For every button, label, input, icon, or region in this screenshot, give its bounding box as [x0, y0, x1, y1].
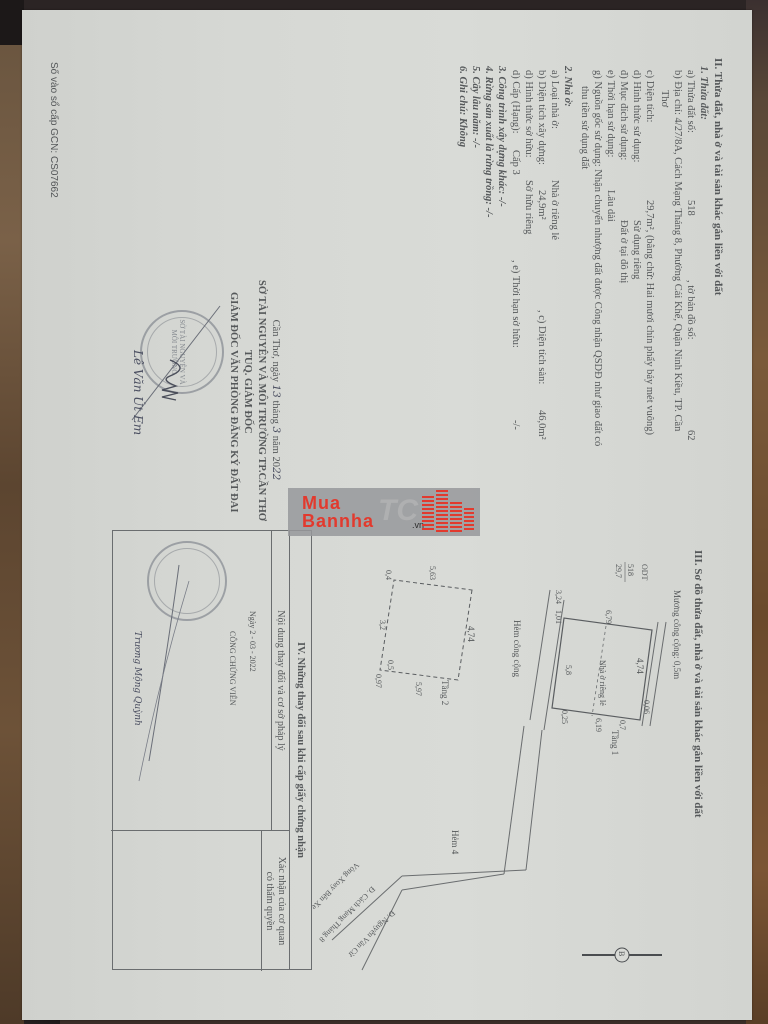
signature-block: Cần Thơ, ngày 13 tháng 3 năm 2022	[269, 250, 282, 550]
land-address-cont: Thơ	[658, 90, 671, 107]
registry-number: Số vào sổ cấp GCN: CS07662	[47, 62, 60, 198]
svg-text:0,25: 0,25	[560, 710, 569, 724]
ownership-value: Sở hữu riêng	[522, 180, 535, 234]
land-heading: 1. Thửa đất:	[697, 66, 710, 120]
notes: 6. Ghi chú: Không	[456, 66, 469, 147]
use-purpose-label: đ) Mục đích sử dụng:	[617, 70, 630, 160]
house-type-label: a) Loại nhà ở:	[548, 70, 561, 129]
building-icon	[464, 508, 474, 532]
house-heading: 2. Nhà ở:	[561, 66, 574, 107]
land-parcel-label: a) Thửa đất số:	[684, 70, 697, 133]
map-sheet-label: , tờ bản đồ số:	[684, 280, 697, 340]
use-origin-cont: thu tiền sử dụng đất	[578, 86, 591, 169]
svg-text:0,7: 0,7	[618, 720, 627, 730]
notary-label: CÔNG CHỨNG VIÊN	[226, 631, 239, 706]
background-dark-corner	[0, 0, 24, 45]
notary-signer: Trương Mộng Quỳnh	[130, 631, 143, 726]
building-icon	[450, 502, 462, 532]
svg-text:29,7: 29,7	[614, 564, 623, 578]
svg-text:4,74: 4,74	[635, 658, 645, 674]
use-origin: g) Nguồn gốc sử dụng: Nhận chuyển nhượng…	[591, 70, 604, 446]
svg-text:6,19: 6,19	[594, 718, 603, 732]
land-area-value: 29,7m², (bằng chữ: Hai mươi chín phẩy bả…	[643, 200, 656, 435]
svg-text:6,79: 6,79	[604, 610, 613, 624]
svg-text:Tầng 1: Tầng 1	[610, 730, 620, 755]
svg-text:0,5: 0,5	[386, 660, 395, 670]
svg-text:0,4: 0,4	[384, 570, 393, 580]
perennial-trees: 5. Cây lâu năm: -/-	[469, 66, 482, 148]
notary-date: Ngày 2 - 03 - 2022	[246, 611, 259, 672]
on-behalf: TUQ. GIÁM ĐỐC	[241, 350, 254, 434]
svg-text:0,97: 0,97	[374, 674, 383, 688]
use-form-label: d) Hình thức sử dụng:	[630, 70, 643, 162]
building-icon	[422, 496, 434, 532]
site-plan-diagram: Mương công cộng: 0,5m 4,74 Nhà ở riêng l…	[312, 530, 692, 1000]
own-term-label: , e) Thời hạn sở hữu:	[509, 260, 522, 348]
section-ii-title: II. Thửa đất, nhà ở và tài sản khác gắn …	[711, 58, 724, 295]
use-purpose-value: Đất ở tại đô thị	[617, 220, 630, 283]
grade-label: d) Cấp (Hạng):	[509, 70, 522, 134]
land-parcel-value: 518	[684, 200, 697, 216]
north-arrow-icon: B	[582, 948, 662, 962]
svg-text:518: 518	[626, 564, 635, 576]
svg-text:4,74: 4,74	[466, 626, 476, 642]
ownership-label: d) Hình thức sở hữu:	[522, 70, 535, 158]
svg-text:Tầng 2: Tầng 2	[440, 680, 450, 705]
use-term-label: e) Thời hạn sử dụng:	[604, 70, 617, 157]
svg-text:Hẻm 4: Hẻm 4	[450, 830, 460, 855]
svg-text:5,63: 5,63	[428, 566, 437, 580]
other-works: 3. Công trình xây dựng khác: -/-	[495, 66, 508, 207]
build-area-label: b) Diện tích xây dựng:	[535, 70, 548, 165]
muabannha-watermark: TC Mua Bannha .vn	[288, 488, 480, 536]
changes-content-column: Nội dung thay đổi và cơ sở pháp lý Ngày …	[111, 531, 289, 831]
svg-text:B: B	[617, 951, 626, 956]
svg-text:Hẻm công cộng: Hẻm công cộng	[512, 620, 522, 677]
svg-text:3,2: 3,2	[378, 620, 387, 630]
map-sheet-value: 62	[684, 430, 697, 441]
background-wood-left	[0, 45, 24, 1024]
signer-name: Lê Văn Út Em	[131, 350, 144, 435]
planted-forest: 4. Rừng sản xuất là rừng trồng: -/-	[482, 66, 495, 217]
issuing-org: SỞ TÀI NGUYÊN VÀ MÔI TRƯỜNG TP.CẦN THƠ	[255, 280, 268, 521]
land-address: b) Địa chỉ: 4/27/8A, Cách Mạng Tháng 8, …	[671, 70, 684, 431]
watermark-line2: Bannha	[302, 512, 374, 530]
grade-value: Cấp 3	[509, 150, 522, 175]
land-area-label: c) Diện tích:	[643, 70, 656, 122]
section-iv-title: IV. Những thay đổi sau khi cấp giấy chứn…	[289, 531, 311, 969]
svg-text:5,8: 5,8	[564, 665, 573, 675]
building-icon	[436, 490, 448, 532]
house-type-value: Nhà ở riêng lẻ	[548, 180, 561, 240]
svg-text:Nhà ở riêng lẻ: Nhà ở riêng lẻ	[598, 660, 607, 706]
authority-confirmation-header: Xác nhận của cơ quan có thẩm quyền	[261, 831, 289, 971]
build-area-value: 24,9m²	[535, 190, 548, 220]
issue-date: Cần Thơ, ngày 13 tháng 3 năm 2022	[269, 250, 282, 550]
svg-text:ODT: ODT	[640, 564, 649, 581]
changes-content-header: Nội dung thay đổi và cơ sở pháp lý	[271, 531, 289, 830]
section-iii-title: III. Sơ đồ thửa đất, nhà ở và tài sản kh…	[691, 550, 704, 818]
svg-text:Mương công cộng: 0,5m: Mương công cộng: 0,5m	[672, 590, 682, 679]
use-form-value: Sử dụng riêng	[630, 220, 643, 279]
svg-text:3,24: 3,24	[554, 590, 563, 604]
floor-area-label: , c) Diện tích sàn:	[535, 310, 548, 384]
watermark-line1: Mua	[302, 494, 341, 512]
floor-area-value: 46,0m²	[535, 410, 548, 440]
svg-text:0,06: 0,06	[642, 700, 651, 714]
own-term-value: -/-	[509, 420, 522, 430]
changes-table: IV. Những thay đổi sau khi cấp giấy chứn…	[112, 530, 312, 970]
use-term-value: Lâu dài	[604, 190, 617, 222]
svg-text:5,97: 5,97	[414, 682, 423, 696]
